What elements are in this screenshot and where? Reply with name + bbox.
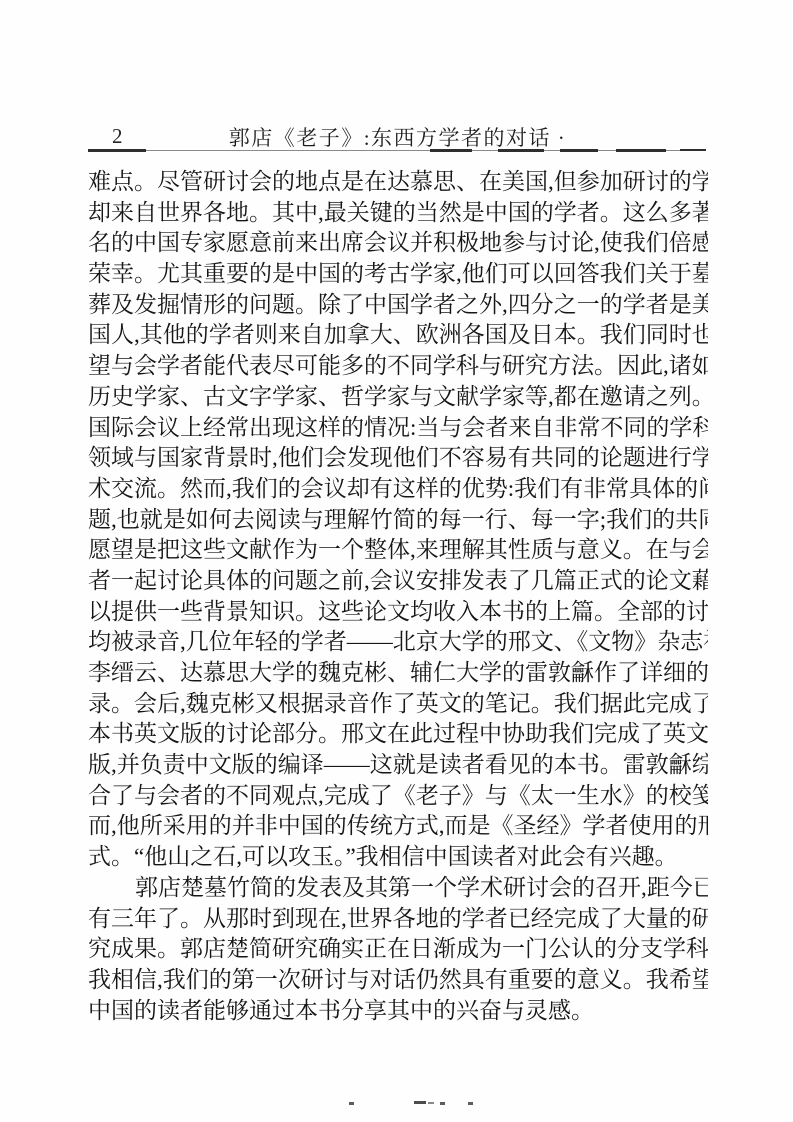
text-line: 领域与国家背景时,他们会发现他们不容易有共同的论题进行学 [88,443,708,474]
scan-speck [349,1102,354,1105]
text-line: 题,也就是如何去阅读与理解竹简的每一行、每一字;我们的共同 [88,505,708,536]
text-line: 望与会学者能代表尽可能多的不同学科与研究方法。因此,诸如 [88,351,708,382]
scan-speck [428,1102,434,1104]
text-line: 荣幸。尤其重要的是中国的考古学家,他们可以回答我们关于墓 [88,259,708,290]
text-line: 国人,其他的学者则来自加拿大、欧洲各国及日本。我们同时也希 [88,320,708,351]
text-line: 中国的读者能够通过本书分享其中的兴奋与灵感。 [88,996,708,1027]
header-rule-segment [680,149,706,151]
book-page-scan: 2 郭店《老子》:东西方学者的对话 · 难点。尽管研讨会的地点是在达慕思、在美国… [0,0,793,1122]
text-line: 而,他所采用的并非中国的传统方式,而是《圣经》学者使用的形 [88,811,708,842]
text-line: 以提供一些背景知识。这些论文均收入本书的上篇。全部的讨论 [88,597,708,628]
text-line: 究成果。郭店楚简研究确实正在日渐成为一门公认的分支学科。 [88,934,708,965]
header-rule-segment [498,149,544,152]
text-line: 难点。尽管研讨会的地点是在达慕思、在美国,但参加研讨的学者 [88,167,708,198]
text-line: 却来自世界各地。其中,最关键的当然是中国的学者。这么多著 [88,198,708,229]
page-number: 2 [112,124,123,149]
text-line: 合了与会者的不同观点,完成了《老子》与《太一生水》的校笺。然 [88,781,708,812]
scan-speck [468,1102,473,1105]
header-rule-segment [616,149,666,152]
scan-speck [414,1101,426,1104]
text-line: 郭店楚墓竹简的发表及其第一个学术研讨会的召开,距今已 [88,873,708,904]
header-rule-line [88,150,706,151]
page-header: 2 郭店《老子》:东西方学者的对话 · [88,120,707,150]
text-line: 有三年了。从那时到现在,世界各地的学者已经完成了大量的研 [88,904,708,935]
running-title: 郭店《老子》:东西方学者的对话 · [88,120,707,152]
scan-speck [440,1102,445,1105]
header-rule-segment [88,149,146,152]
text-line: 国际会议上经常出现这样的情况:当与会者来自非常不同的学科 [88,413,708,444]
text-line: 历史学家、古文字学家、哲学家与文献学家等,都在邀请之列。在 [88,382,708,413]
header-rule-segment [560,149,598,152]
text-line: 名的中国专家愿意前来出席会议并积极地参与讨论,使我们倍感 [88,228,708,259]
text-line: 我相信,我们的第一次研讨与对话仍然具有重要的意义。我希望 [88,965,708,996]
header-rule [88,149,706,153]
header-rule-segment [430,149,472,152]
text-line: 葬及发掘情形的问题。除了中国学者之外,四分之一的学者是美 [88,290,708,321]
text-line: 版,并负责中文版的编译——这就是读者看见的本书。雷敦龢综 [88,750,708,781]
page-body: 难点。尽管研讨会的地点是在达慕思、在美国,但参加研讨的学者 却来自世界各地。其中… [88,167,708,1026]
text-line: 式。“他山之石,可以攻玉。”我相信中国读者对此会有兴趣。 [88,842,708,873]
text-line: 术交流。然而,我们的会议却有这样的优势:我们有非常具体的问 [88,474,708,505]
text-line: 愿望是把这些文献作为一个整体,来理解其性质与意义。在与会 [88,535,708,566]
text-line: 录。会后,魏克彬又根据录音作了英文的笔记。我们据此完成了 [88,689,708,720]
text-line: 均被录音,几位年轻的学者——北京大学的邢文、《文物》杂志社的 [88,627,708,658]
text-line: 本书英文版的讨论部分。邢文在此过程中协助我们完成了英文 [88,719,708,750]
text-line: 李缙云、达慕思大学的魏克彬、辅仁大学的雷敦龢作了详细的记 [88,658,708,689]
text-line: 者一起讨论具体的问题之前,会议安排发表了几篇正式的论文藉 [88,566,708,597]
